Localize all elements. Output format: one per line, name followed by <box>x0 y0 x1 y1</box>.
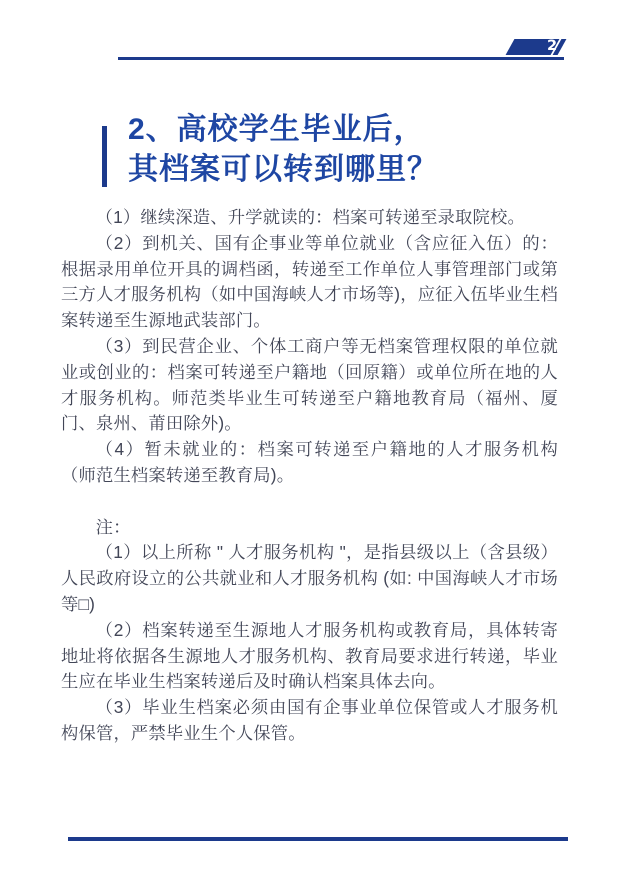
note-1: （1）以上所称 " 人才服务机构 "，是指县级以上（含县级）人民政府设立的公共就… <box>61 540 558 617</box>
blank-line <box>61 489 558 515</box>
paragraph-3: （3）到民营企业、个体工商户等无档案管理权限的单位就业或创业的：档案可转递至户籍… <box>61 334 558 437</box>
document-body: （1）继续深造、升学就读的：档案可转递至录取院校。 （2）到机关、国有企事业等单… <box>61 205 558 747</box>
page-title-line-1: 2、高校学生毕业后， <box>128 110 568 150</box>
page-number: 2 <box>543 38 561 55</box>
page-title-line-2: 其档案可以转到哪里？ <box>128 150 568 190</box>
footer-rule <box>68 837 568 841</box>
paragraph-1: （1）继续深造、升学就读的：档案可转递至录取院校。 <box>61 205 558 231</box>
title-accent-bar <box>102 126 107 187</box>
note-3: （3）毕业生档案必须由国有企事业单位保管或人才服务机构保管，严禁毕业生个人保管。 <box>61 695 558 747</box>
note-2: （2）档案转递至生源地人才服务机构或教育局，具体转寄地址将依据各生源地人才服务机… <box>61 618 558 695</box>
page-title: 2、高校学生毕业后， 其档案可以转到哪里？ <box>128 110 568 190</box>
paragraph-4: （4）暂未就业的：档案可转递至户籍地的人才服务机构（师范生档案转递至教育局)。 <box>61 437 558 489</box>
notes-label: 注： <box>61 515 558 541</box>
paragraph-2: （2）到机关、国有企事业等单位就业（含应征入伍）的：根据录用单位开具的调档函，转… <box>61 231 558 334</box>
header-rule <box>118 57 564 60</box>
